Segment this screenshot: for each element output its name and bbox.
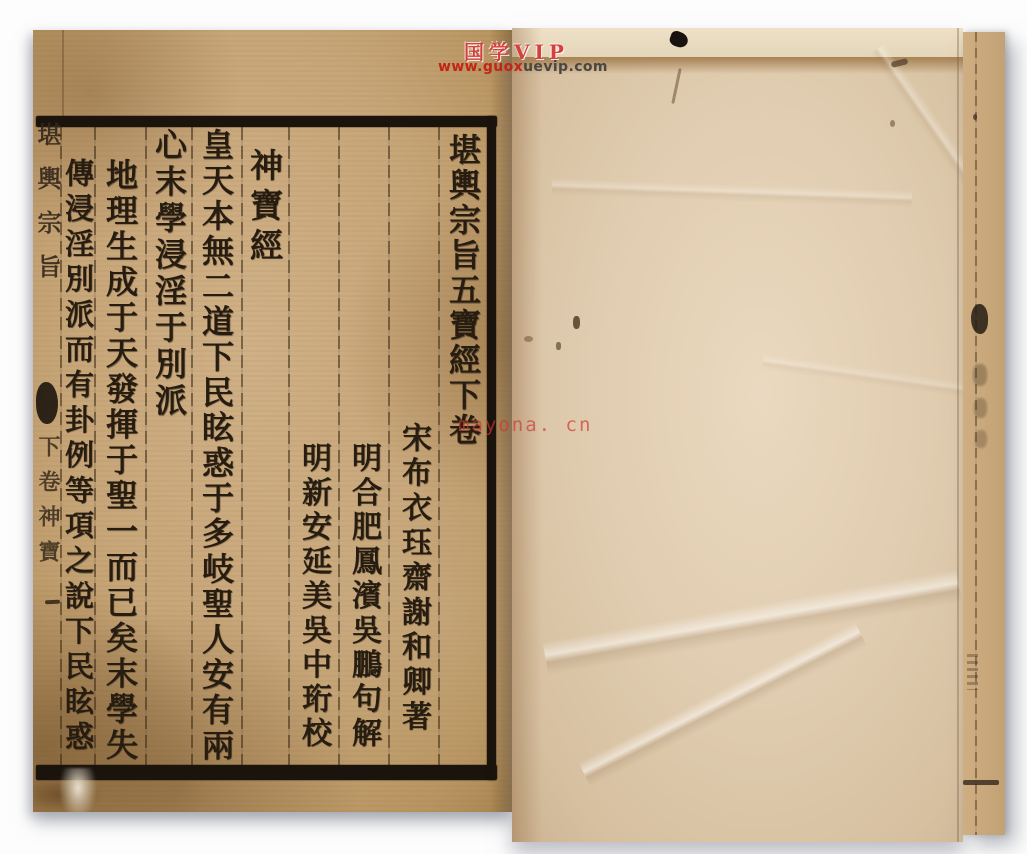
body-column-1: 皇天本無二道下民眩惑于多岐聖人安有兩 <box>192 128 240 763</box>
author-column-3: 明新安延美吳中珩校 <box>289 442 337 752</box>
body-column-3: 地理生成于天發揮于聖一而已矣末學失 <box>95 158 144 763</box>
spine-title: 堪輿宗旨 <box>35 122 60 298</box>
author-column-1: 宋布衣珏齋謝和卿著 <box>389 422 437 735</box>
body-column-4: 傳浸淫別派而有卦例等項之說下民眩惑 <box>61 158 94 756</box>
watermark-url-red: www.guox <box>438 59 523 75</box>
book-title-column: 堪輿宗旨五寶經下卷 <box>439 133 486 448</box>
spine-crease <box>62 30 64 118</box>
ink-dash <box>963 780 999 785</box>
bottom-left-blotch <box>60 768 96 812</box>
watermark-site-url: www.guoxuevip.com <box>438 59 608 75</box>
ink-spot <box>556 342 561 350</box>
page-number-one-mark <box>45 600 60 605</box>
faint-glyph-smudge <box>974 398 987 418</box>
top-edge-band <box>512 28 963 59</box>
watermark-center: mayona. cn <box>458 414 592 436</box>
fold-line <box>957 28 959 842</box>
paper-crease <box>551 167 912 218</box>
speck <box>890 120 895 127</box>
stain-spot <box>524 336 533 342</box>
next-leaf-edge <box>963 32 1005 835</box>
faint-glyph-smudge <box>975 430 987 448</box>
watermark-url-dark: uevip.com <box>523 59 608 75</box>
author-column-2: 明合肥鳳濱吳鵬句解 <box>339 442 387 752</box>
tiny-stamp-text <box>967 654 978 690</box>
section-title-column: 神寶經 <box>242 148 287 268</box>
frame-top-border <box>36 116 497 127</box>
fishtail-mark <box>971 304 988 334</box>
paper-crease <box>761 343 963 409</box>
paper-crease <box>570 606 873 800</box>
frame-bottom-border <box>36 765 497 780</box>
left-page: 堪輿宗旨五寶經下卷 宋布衣珏齋謝和卿著 明合肥鳳濱吳鵬句解 明新安延美吳中珩校 … <box>33 30 512 812</box>
speck <box>973 114 977 120</box>
paper-crease <box>539 547 963 694</box>
faint-glyph-smudge <box>973 364 987 386</box>
ink-spot <box>573 316 580 329</box>
fishtail-mark <box>36 382 58 424</box>
frame-right-border <box>487 116 496 780</box>
body-column-2: 心末學浸淫于別派 <box>146 128 191 420</box>
spine-lower-title: 下卷神寶 <box>36 435 60 575</box>
